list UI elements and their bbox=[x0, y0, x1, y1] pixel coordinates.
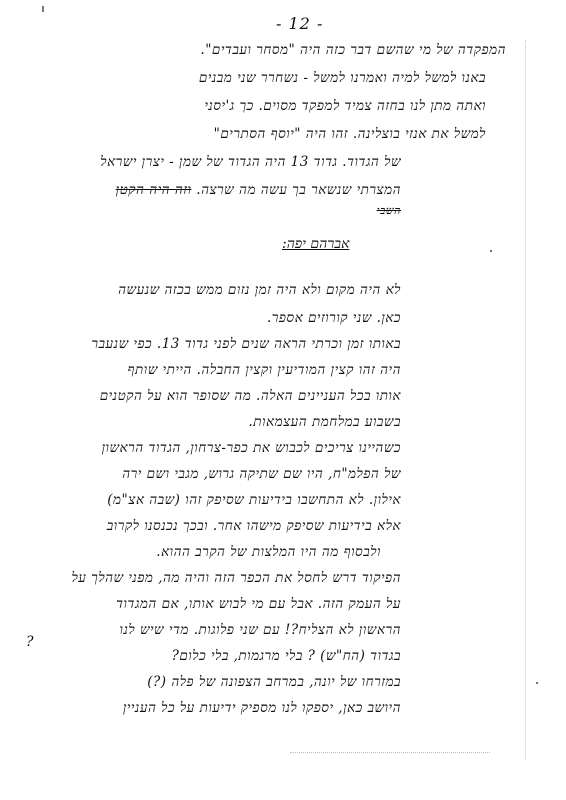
text-line: באותו זמן וכרתי הראה שנים לפני גדוד 13. … bbox=[91, 336, 401, 352]
text-line: של הפלמ"ח, היו שם שתיקה גרוש, מגבי ושם י… bbox=[122, 466, 401, 482]
text-line: ואתה מתן לנו בחזה צמיד למפקד מסוים. כך ג… bbox=[204, 98, 486, 114]
text-line: כשהיינו צריכים לכבוש את כפר-צרחון, הגדוד… bbox=[102, 440, 401, 456]
scan-speck bbox=[490, 250, 492, 252]
speaker-heading: אברהם יפה: bbox=[282, 236, 349, 253]
text-line: באנו למשל למיה ואמרנו למשל - נשחרר שני מ… bbox=[199, 70, 486, 86]
scan-speck bbox=[536, 682, 538, 684]
text-line: לא היה מקום ולא היה זמן נזום ממש בכזה שנ… bbox=[118, 282, 401, 298]
scan-edge-artifact bbox=[524, 40, 526, 760]
text-line: על העמק הזה. אבל עם מי לבוש אותו, אם המג… bbox=[116, 596, 401, 612]
text-line: בשבוע במלחמת העצמאות. bbox=[248, 414, 401, 430]
text-line: היושב כאן, יספקו לנו מספיק ידיעות על כל … bbox=[123, 700, 401, 716]
text-line: הפיקוד דרש לחסל את הכפר הזה והיה מה, מפנ… bbox=[71, 570, 401, 586]
page-number: - 12 - bbox=[276, 14, 323, 33]
text-line: ולבסוף מה היו המלצות של הקרב ההוא. bbox=[156, 544, 381, 560]
text-line: היה זהו קצין המודיעין וקצין החבלה. הייתי… bbox=[128, 362, 401, 378]
scan-artifact bbox=[42, 6, 44, 12]
manuscript-page: - 12 - המפקדה של מי שהשם דבר כזה היה "מס… bbox=[0, 0, 566, 800]
text-line: בגדוד (הח"ש) ? בלי מרגמות, בלי כלום? bbox=[172, 648, 401, 664]
text-line: המפקדה של מי שהשם דבר כזה היה "מסחר ועבד… bbox=[200, 42, 506, 58]
struck-text: השבי bbox=[377, 204, 401, 217]
text-line: למשל את אנזי בוצלינה. זהו היה "יוסף הסתר… bbox=[214, 126, 486, 142]
text-line: של הגדוד. גדוד 13 היה הגדוד של שמן - יצר… bbox=[100, 154, 401, 170]
text-line: כאן. שני קורוזים אספר. bbox=[267, 310, 401, 326]
scan-artifact-line bbox=[290, 752, 490, 753]
struck-text: וזה היה הקטן bbox=[116, 182, 192, 198]
text-line: במזרחו של יונה, במרחב הצפונה של פלה (?) bbox=[147, 674, 401, 690]
text-line: אותו בכל העניינים האלה. מה שסופר הוא על … bbox=[100, 388, 401, 404]
text-line: אלא בידיעות שסיפק מישהו אחר. ובכך נכנסנו… bbox=[107, 518, 401, 534]
text-segment: המצרתי שנשאר בך עשה מה שרצה. bbox=[196, 182, 401, 198]
margin-question-mark: ? bbox=[26, 634, 34, 650]
text-line: המצרתי שנשאר בך עשה מה שרצה. וזה היה הקט… bbox=[116, 182, 401, 198]
text-line: הראשון לא הצליח?! עם שני פלוגות. מדי שיש… bbox=[120, 622, 402, 638]
text-line: אילון. לא התחשבו בידיעות שסיפק זהו (שבה … bbox=[107, 492, 401, 508]
